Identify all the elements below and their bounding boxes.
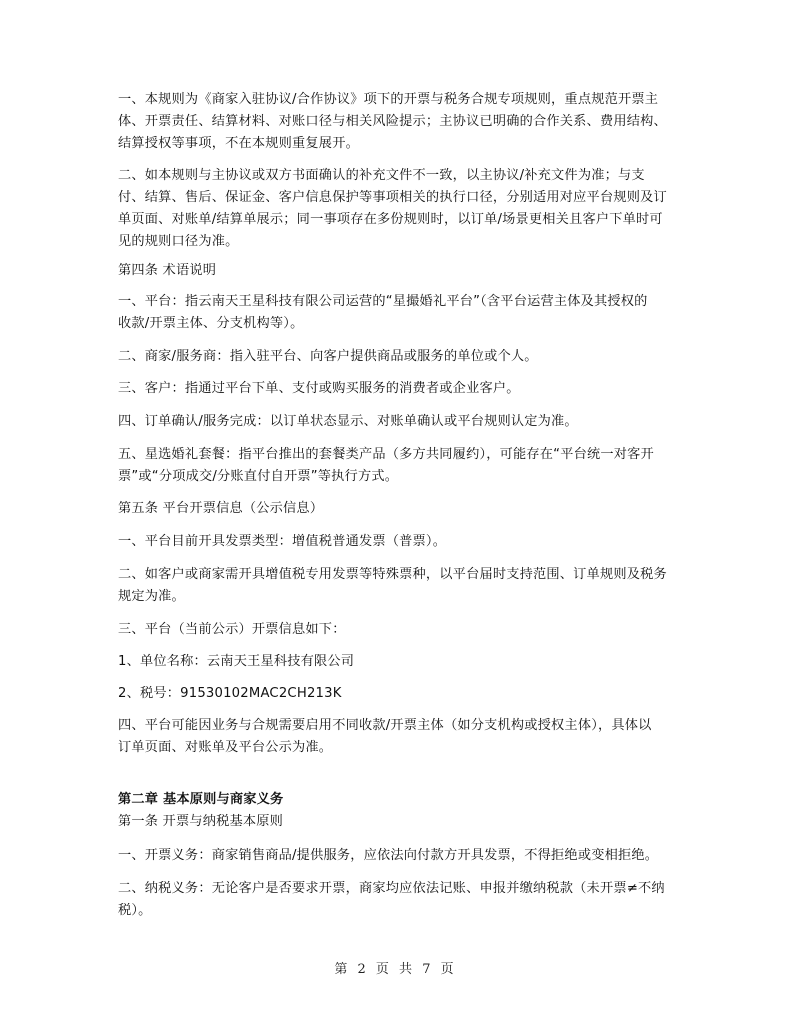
- paragraph: 三、平台（当前公示）开票信息如下：: [118, 619, 678, 641]
- paragraph: 四、平台可能因业务与合规需要启用不同收款/开票主体（如分支机构或授权主体），具体…: [118, 715, 678, 759]
- paragraph: 三、客户：指通过平台下单、支付或购买服务的消费者或企业客户。: [118, 378, 678, 400]
- text-line: 一、开票义务：商家销售商品/提供服务，应依法向付款方开具发票，不得拒绝或变相拒绝…: [118, 845, 678, 867]
- text-line: 体、开票责任、结算材料、对账口径与相关风险提示；主协议已明确的合作关系、费用结构…: [118, 111, 678, 133]
- text-line: 订单页面、对账单及平台公示为准。: [118, 737, 678, 759]
- paragraph: 一、开票义务：商家销售商品/提供服务，应依法向付款方开具发票，不得拒绝或变相拒绝…: [118, 845, 678, 867]
- text-line: 第四条 术语说明: [118, 260, 678, 282]
- document-page: 一、本规则为《商家入驻协议/合作协议》项下的开票与税务合规专项规则，重点规范开票…: [0, 0, 791, 1024]
- text-line: 结算授权等事项，不在本规则重复展开。: [118, 133, 678, 155]
- text-line: 五、星选婚礼套餐：指平台推出的套餐类产品（多方共同履约），可能存在“平台统一对客…: [118, 444, 678, 466]
- text-line: 一、本规则为《商家入驻协议/合作协议》项下的开票与税务合规专项规则，重点规范开票…: [118, 89, 678, 111]
- text-line: 二、如本规则与主协议或双方书面确认的补充文件不一致，以主协议/补充文件为准；与支: [118, 165, 678, 187]
- text-line: 四、订单确认/服务完成：以订单状态显示、对账单确认或平台规则认定为准。: [118, 411, 678, 433]
- text-line: 第一条 开票与纳税基本原则: [118, 811, 678, 833]
- page-number-footer: 第 2 页 共 7 页: [0, 958, 791, 977]
- paragraph: 四、订单确认/服务完成：以订单状态显示、对账单确认或平台规则认定为准。: [118, 411, 678, 433]
- text-line: 票”或“分项成交/分账直付自开票”等执行方式。: [118, 466, 678, 488]
- text-line: 二、如客户或商家需开具增值税专用发票等特殊票种，以平台届时支持范围、订单规则及税…: [118, 564, 678, 586]
- text-line: 收款/开票主体、分支机构等）。: [118, 313, 678, 335]
- paragraph: 一、平台目前开具发票类型：增值税普通发票（普票）。: [118, 531, 678, 553]
- text-line: 见的规则口径为准。: [118, 231, 678, 253]
- text-line: 二、纳税义务：无论客户是否要求开票，商家均应依法记账、申报并缴纳税款（未开票≠不…: [118, 878, 678, 900]
- text-line: 四、平台可能因业务与合规需要启用不同收款/开票主体（如分支机构或授权主体），具体…: [118, 715, 678, 737]
- paragraph: 一、平台：指云南天王星科技有限公司运营的“星撮婚礼平台”（含平台运营主体及其授权…: [118, 291, 678, 335]
- text-line: 第二章 基本原则与商家义务: [118, 789, 678, 811]
- chapter-heading: 第二章 基本原则与商家义务: [118, 789, 678, 811]
- text-line: 三、客户：指通过平台下单、支付或购买服务的消费者或企业客户。: [118, 378, 678, 400]
- text-line: 付、结算、售后、保证金、客户信息保护等事项相关的执行口径，分别适用对应平台规则及…: [118, 187, 678, 209]
- article-heading: 第一条 开票与纳税基本原则: [118, 811, 678, 833]
- text-line: 一、平台：指云南天王星科技有限公司运营的“星撮婚礼平台”（含平台运营主体及其授权…: [118, 291, 678, 313]
- text-line: 第五条 平台开票信息（公示信息）: [118, 498, 678, 520]
- text-line: 规定为准。: [118, 586, 678, 608]
- paragraph: 二、商家/服务商：指入驻平台、向客户提供商品或服务的单位或个人。: [118, 346, 678, 368]
- paragraph: 二、如本规则与主协议或双方书面确认的补充文件不一致，以主协议/补充文件为准；与支…: [118, 165, 678, 253]
- article-heading: 第五条 平台开票信息（公示信息）: [118, 498, 678, 520]
- text-line: 1、单位名称：云南天王星科技有限公司: [118, 651, 678, 673]
- paragraph: 2、税号：91530102MAC2CH213K: [118, 683, 678, 705]
- text-line: 一、平台目前开具发票类型：增值税普通发票（普票）。: [118, 531, 678, 553]
- text-line: 三、平台（当前公示）开票信息如下：: [118, 619, 678, 641]
- text-line: 二、商家/服务商：指入驻平台、向客户提供商品或服务的单位或个人。: [118, 346, 678, 368]
- paragraph: 二、如客户或商家需开具增值税专用发票等特殊票种，以平台届时支持范围、订单规则及税…: [118, 564, 678, 608]
- paragraph: 二、纳税义务：无论客户是否要求开票，商家均应依法记账、申报并缴纳税款（未开票≠不…: [118, 878, 678, 922]
- paragraph: 一、本规则为《商家入驻协议/合作协议》项下的开票与税务合规专项规则，重点规范开票…: [118, 89, 678, 155]
- text-line: 税）。: [118, 900, 678, 922]
- paragraph: 五、星选婚礼套餐：指平台推出的套餐类产品（多方共同履约），可能存在“平台统一对客…: [118, 444, 678, 488]
- text-line: 单页面、对账单/结算单展示；同一事项存在多份规则时，以订单/场景更相关且客户下单…: [118, 209, 678, 231]
- text-line: 2、税号：91530102MAC2CH213K: [118, 683, 678, 705]
- article-heading: 第四条 术语说明: [118, 260, 678, 282]
- paragraph: 1、单位名称：云南天王星科技有限公司: [118, 651, 678, 673]
